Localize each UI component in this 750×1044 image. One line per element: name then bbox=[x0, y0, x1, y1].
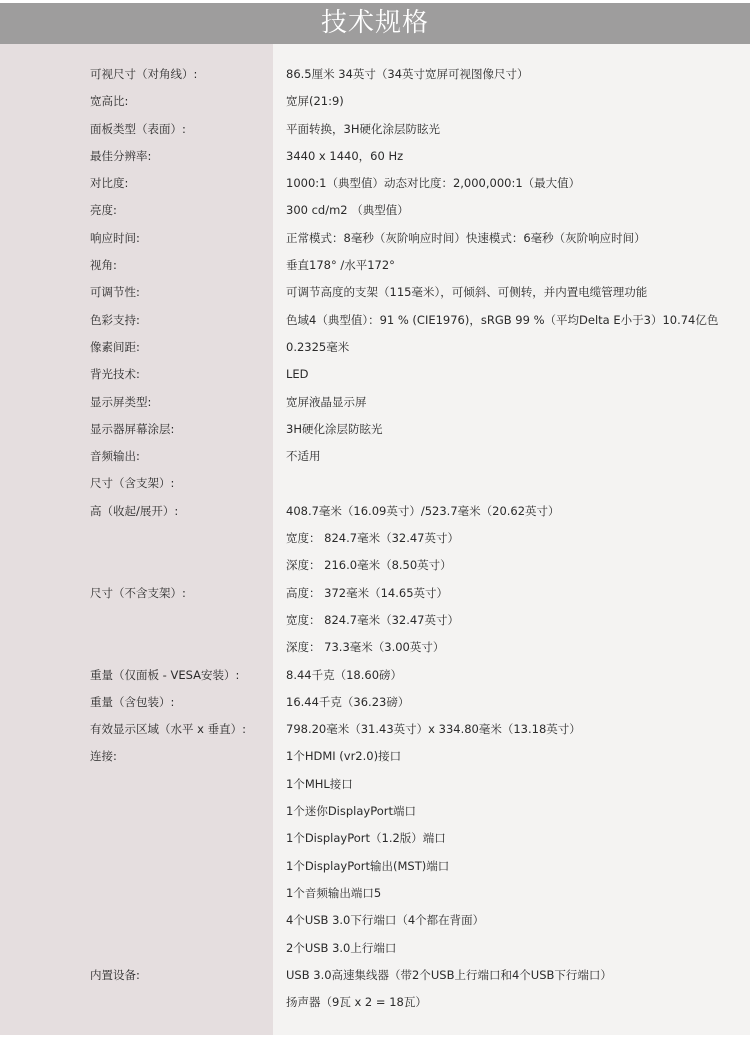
spec-value: 宽屏(21:9) bbox=[286, 88, 344, 115]
spec-row: 尺寸（含支架）: bbox=[0, 470, 750, 497]
spec-row: 重量（仅面板 - VESA安装）:8.44千克（18.60磅） bbox=[0, 662, 750, 689]
spec-label: 亮度: bbox=[90, 197, 117, 224]
spec-row: 宽度： 824.7毫米（32.47英寸） bbox=[0, 607, 750, 634]
spec-label: 像素间距: bbox=[90, 334, 140, 361]
spec-label: 重量（仅面板 - VESA安装）: bbox=[90, 662, 239, 689]
spec-row: 深度： 73.3毫米（3.00英寸） bbox=[0, 634, 750, 661]
spec-label: 对比度: bbox=[90, 170, 128, 197]
spec-label: 最佳分辨率: bbox=[90, 143, 151, 170]
spec-label: 重量（含包装）: bbox=[90, 689, 174, 716]
spec-row: 可视尺寸（对角线）:86.5厘米 34英寸（34英寸宽屏可视图像尺寸） bbox=[0, 61, 750, 88]
spec-value: 1个迷你DisplayPort端口 bbox=[286, 798, 416, 825]
spec-value: 4个USB 3.0下行端口（4个都在背面） bbox=[286, 907, 484, 934]
spec-row: 可调节性:可调节高度的支架（115毫米），可倾斜、可侧转，并内置电缆管理功能 bbox=[0, 279, 750, 306]
spec-value: 深度： 73.3毫米（3.00英寸） bbox=[286, 634, 444, 661]
spec-value: 扬声器（9瓦 x 2 = 18瓦） bbox=[286, 989, 427, 1016]
spec-value: 色域4（典型值）：91 % (CIE1976)，sRGB 99 %（平均Delt… bbox=[286, 307, 718, 334]
spec-row: 1个音频输出端口5 bbox=[0, 880, 750, 907]
spec-row: 2个USB 3.0上行端口 bbox=[0, 935, 750, 962]
spec-label: 响应时间: bbox=[90, 225, 140, 252]
spec-value: 正常模式：8毫秒（灰阶响应时间）快速模式：6毫秒（灰阶响应时间） bbox=[286, 225, 646, 252]
spec-row: 色彩支持:色域4（典型值）：91 % (CIE1976)，sRGB 99 %（平… bbox=[0, 307, 750, 334]
spec-row: 4个USB 3.0下行端口（4个都在背面） bbox=[0, 907, 750, 934]
spec-value: LED bbox=[286, 361, 309, 388]
spec-row: 亮度:300 cd/m2 （典型值） bbox=[0, 197, 750, 224]
spec-value: 1000:1（典型值）动态对比度：2,000,000:1（最大值） bbox=[286, 170, 580, 197]
spec-row: 深度： 216.0毫米（8.50英寸） bbox=[0, 552, 750, 579]
spec-row: 背光技术:LED bbox=[0, 361, 750, 388]
spec-value: 宽度： 824.7毫米（32.47英寸） bbox=[286, 525, 459, 552]
spec-value: 8.44千克（18.60磅） bbox=[286, 662, 402, 689]
spec-label: 尺寸（不含支架）: bbox=[90, 580, 186, 607]
spec-value: USB 3.0高速集线器（带2个USB上行端口和4个USB下行端口） bbox=[286, 962, 612, 989]
spec-row: 1个迷你DisplayPort端口 bbox=[0, 798, 750, 825]
spec-value: 16.44千克（36.23磅） bbox=[286, 689, 409, 716]
page-title: 技术规格 bbox=[321, 8, 429, 38]
spec-label: 视角: bbox=[90, 252, 117, 279]
spec-value: 3H硬化涂层防眩光 bbox=[286, 416, 382, 443]
spec-label: 色彩支持: bbox=[90, 307, 140, 334]
spec-label: 有效显示区域（水平 x 垂直）: bbox=[90, 716, 246, 743]
spec-value: 不适用 bbox=[286, 443, 321, 470]
spec-row: 内置设备:USB 3.0高速集线器（带2个USB上行端口和4个USB下行端口） bbox=[0, 962, 750, 989]
spec-label: 音频输出: bbox=[90, 443, 140, 470]
spec-value: 0.2325毫米 bbox=[286, 334, 349, 361]
spec-label: 显示屏类型: bbox=[90, 389, 151, 416]
spec-row: 显示器屏幕涂层:3H硬化涂层防眩光 bbox=[0, 416, 750, 443]
spec-label: 尺寸（含支架）: bbox=[90, 470, 174, 497]
spec-row: 音频输出:不适用 bbox=[0, 443, 750, 470]
spec-row: 高（收起/展开）:408.7毫米（16.09英寸）/523.7毫米（20.62英… bbox=[0, 498, 750, 525]
spec-row: 最佳分辨率:3440 x 1440，60 Hz bbox=[0, 143, 750, 170]
spec-value: 可调节高度的支架（115毫米），可倾斜、可侧转，并内置电缆管理功能 bbox=[286, 279, 647, 306]
spec-value: 1个音频输出端口5 bbox=[286, 880, 381, 907]
spec-value: 垂直178° /水平172° bbox=[286, 252, 395, 279]
spec-value: 宽度： 824.7毫米（32.47英寸） bbox=[286, 607, 459, 634]
spec-value: 1个HDMI (vr2.0)接口 bbox=[286, 743, 401, 770]
spec-label: 宽高比: bbox=[90, 88, 128, 115]
spec-label: 内置设备: bbox=[90, 962, 140, 989]
spec-value: 408.7毫米（16.09英寸）/523.7毫米（20.62英寸） bbox=[286, 498, 560, 525]
spec-label: 可调节性: bbox=[90, 279, 140, 306]
spec-rows: 可视尺寸（对角线）:86.5厘米 34英寸（34英寸宽屏可视图像尺寸） 宽高比:… bbox=[0, 61, 750, 1016]
spec-value: 平面转换，3H硬化涂层防眩光 bbox=[286, 116, 440, 143]
spec-value: 2个USB 3.0上行端口 bbox=[286, 935, 396, 962]
spec-row: 有效显示区域（水平 x 垂直）:798.20毫米（31.43英寸）x 334.8… bbox=[0, 716, 750, 743]
spec-value: 高度： 372毫米（14.65英寸） bbox=[286, 580, 448, 607]
page-header: 技术规格 bbox=[0, 3, 750, 44]
spec-value: 86.5厘米 34英寸（34英寸宽屏可视图像尺寸） bbox=[286, 61, 529, 88]
spec-row: 1个MHL接口 bbox=[0, 771, 750, 798]
spec-row: 面板类型（表面）:平面转换，3H硬化涂层防眩光 bbox=[0, 116, 750, 143]
spec-label: 背光技术: bbox=[90, 361, 140, 388]
spec-value: 3440 x 1440，60 Hz bbox=[286, 143, 403, 170]
spec-row: 宽高比:宽屏(21:9) bbox=[0, 88, 750, 115]
spec-value: 1个DisplayPort（1.2版）端口 bbox=[286, 825, 446, 852]
spec-row: 尺寸（不含支架）:高度： 372毫米（14.65英寸） bbox=[0, 580, 750, 607]
spec-row: 1个DisplayPort输出(MST)端口 bbox=[0, 853, 750, 880]
spec-row: 1个DisplayPort（1.2版）端口 bbox=[0, 825, 750, 852]
spec-row: 宽度： 824.7毫米（32.47英寸） bbox=[0, 525, 750, 552]
spec-value: 1个DisplayPort输出(MST)端口 bbox=[286, 853, 449, 880]
spec-row: 连接:1个HDMI (vr2.0)接口 bbox=[0, 743, 750, 770]
spec-row: 扬声器（9瓦 x 2 = 18瓦） bbox=[0, 989, 750, 1016]
spec-row: 视角:垂直178° /水平172° bbox=[0, 252, 750, 279]
spec-label: 显示器屏幕涂层: bbox=[90, 416, 174, 443]
spec-label: 面板类型（表面）: bbox=[90, 116, 186, 143]
spec-value: 深度： 216.0毫米（8.50英寸） bbox=[286, 552, 452, 579]
spec-label: 可视尺寸（对角线）: bbox=[90, 61, 197, 88]
spec-row: 像素间距:0.2325毫米 bbox=[0, 334, 750, 361]
spec-label: 高（收起/展开）: bbox=[90, 498, 178, 525]
spec-row: 重量（含包装）:16.44千克（36.23磅） bbox=[0, 689, 750, 716]
spec-row: 对比度:1000:1（典型值）动态对比度：2,000,000:1（最大值） bbox=[0, 170, 750, 197]
spec-row: 显示屏类型:宽屏液晶显示屏 bbox=[0, 389, 750, 416]
spec-value: 300 cd/m2 （典型值） bbox=[286, 197, 409, 224]
spec-label: 连接: bbox=[90, 743, 117, 770]
spec-value: 1个MHL接口 bbox=[286, 771, 353, 798]
spec-value: 798.20毫米（31.43英寸）x 334.80毫米（13.18英寸） bbox=[286, 716, 581, 743]
spec-table: 可视尺寸（对角线）:86.5厘米 34英寸（34英寸宽屏可视图像尺寸） 宽高比:… bbox=[0, 44, 750, 1035]
spec-value: 宽屏液晶显示屏 bbox=[286, 389, 367, 416]
spec-row: 响应时间:正常模式：8毫秒（灰阶响应时间）快速模式：6毫秒（灰阶响应时间） bbox=[0, 225, 750, 252]
